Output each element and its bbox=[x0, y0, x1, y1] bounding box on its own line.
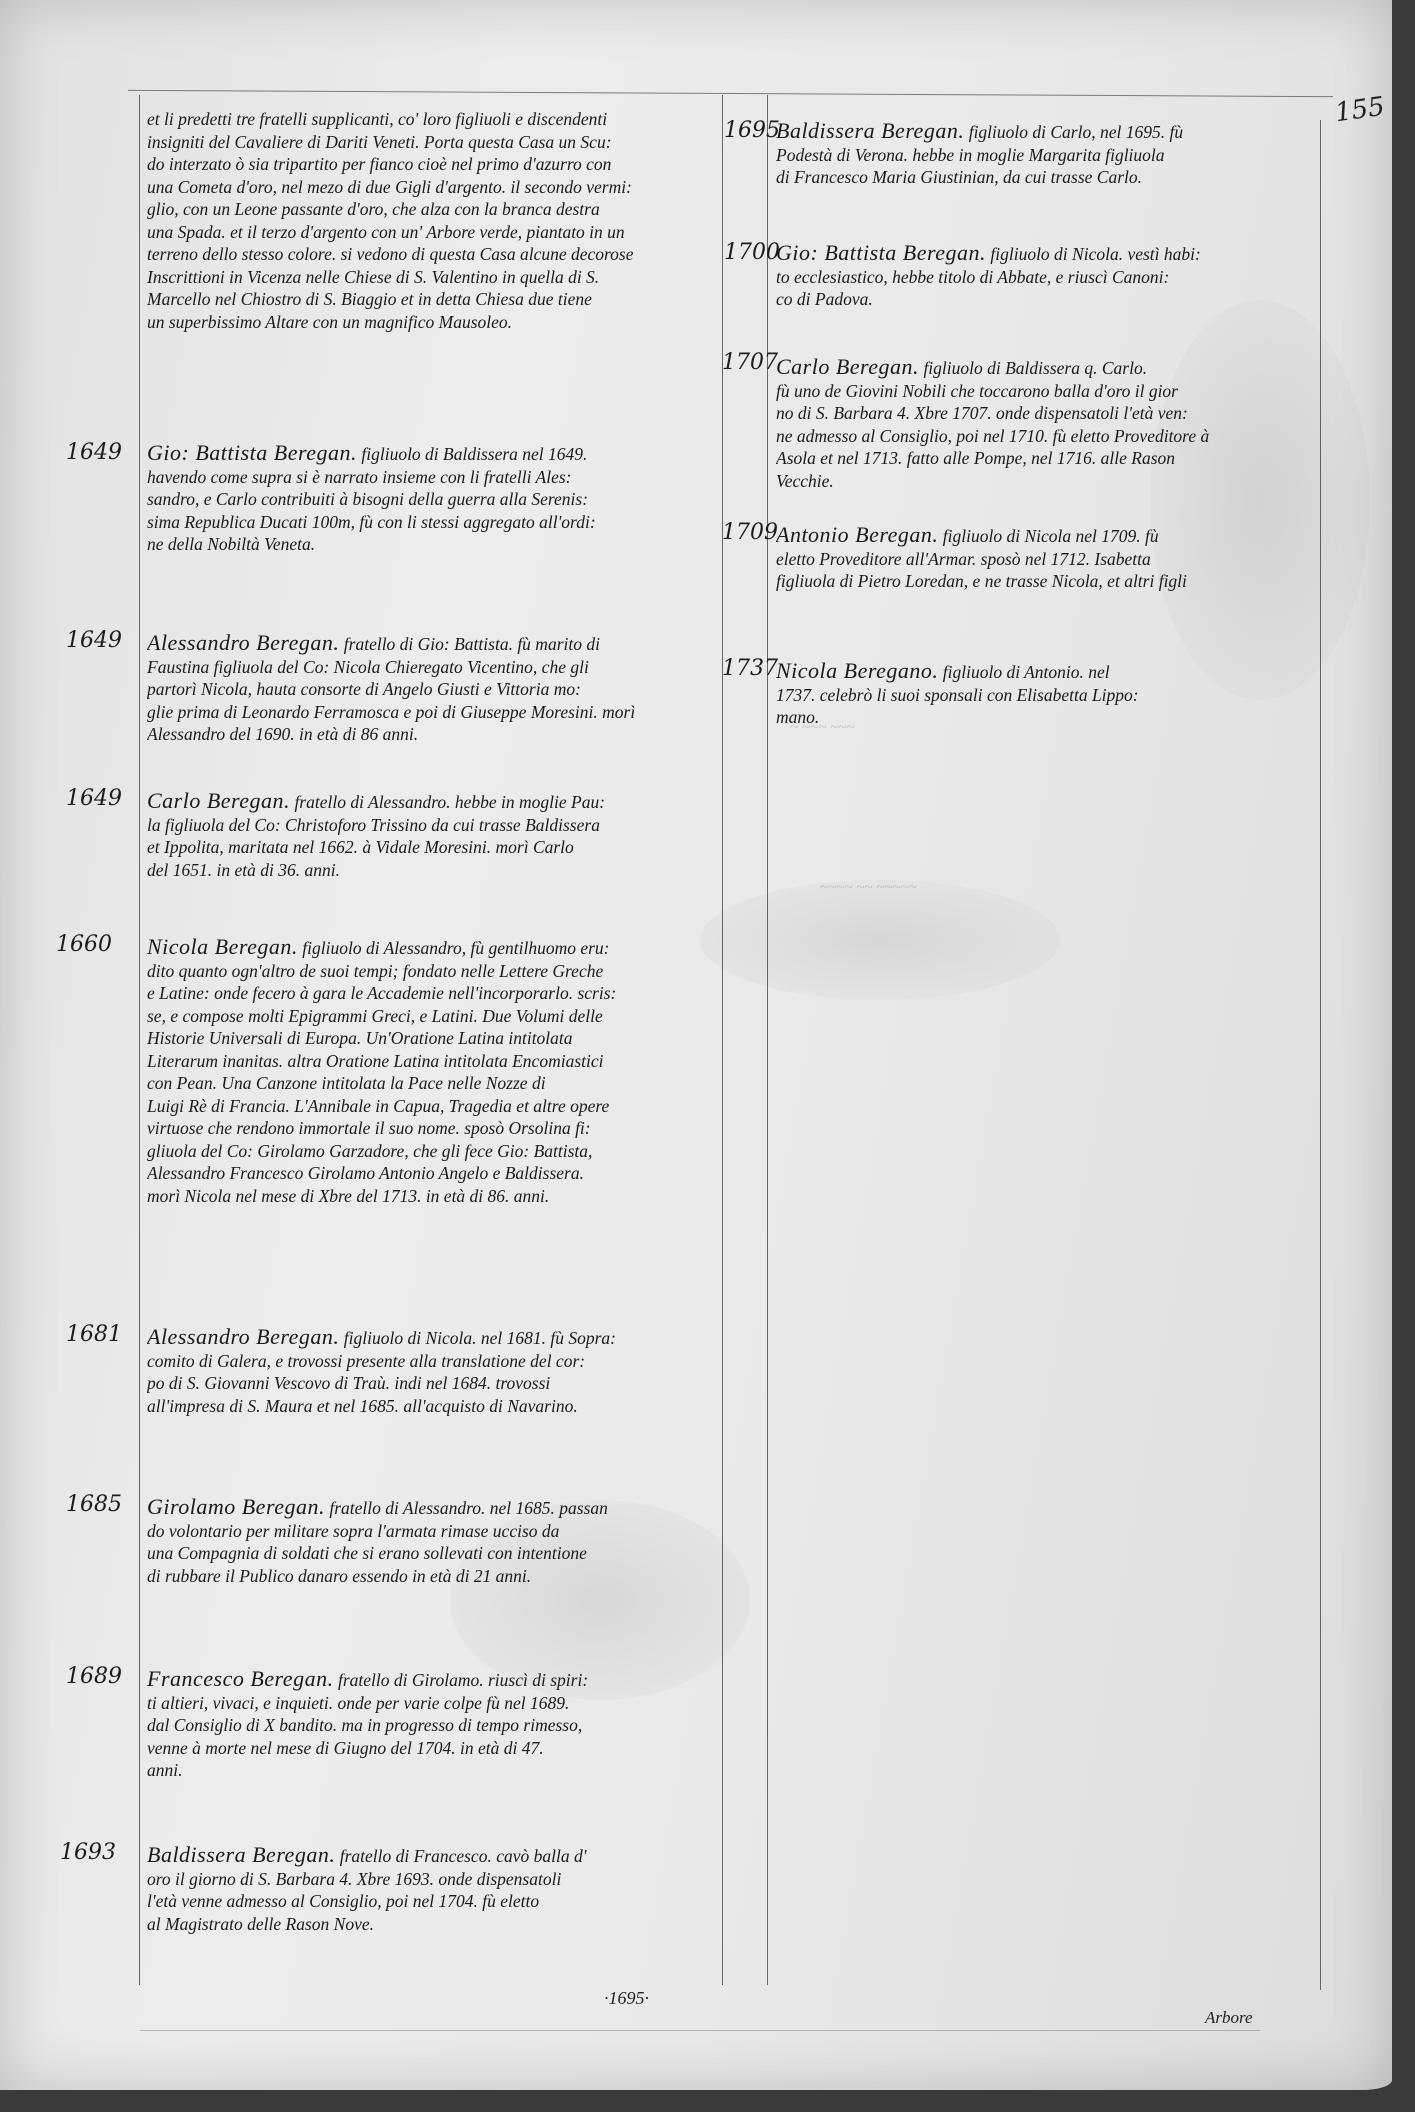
text-line: Luigi Rè di Francia. L'Annibale in Capua… bbox=[147, 1095, 722, 1118]
person-name: Francesco Beregan. bbox=[147, 1668, 334, 1691]
text-line: Asola et nel 1713. fatto alle Pompe, nel… bbox=[776, 447, 1321, 470]
entry-text: Baldissera Beregan. fratello di Francesc… bbox=[147, 1844, 722, 1935]
text-line: ne admesso al Consiglio, poi nel 1710. f… bbox=[776, 425, 1321, 448]
person-name: Carlo Beregan. bbox=[147, 790, 290, 813]
text-line: Marcello nel Chiostro di S. Biaggio et i… bbox=[147, 288, 722, 311]
text-line: Alessandro Francesco Girolamo Antonio An… bbox=[147, 1162, 722, 1185]
entry-year: 1681 bbox=[66, 1322, 122, 1347]
text-line: glie prima di Leonardo Ferramosca e poi … bbox=[147, 701, 722, 724]
text-line: una Compagnia di soldati che si erano so… bbox=[147, 1542, 722, 1565]
text-line: all'impresa di S. Maura et nel 1685. all… bbox=[147, 1395, 722, 1418]
text-line: figliuolo di Nicola. vestì habi: bbox=[990, 244, 1200, 264]
text-line: Literarum inanitas. altra Oratione Latin… bbox=[147, 1050, 722, 1073]
person-name: Girolamo Beregan. bbox=[147, 1496, 325, 1519]
text-line: no di S. Barbara 4. Xbre 1707. onde disp… bbox=[776, 402, 1321, 425]
text-line: sima Republica Ducati 100m, fù con li st… bbox=[147, 511, 722, 534]
text-line: figliuola di Pietro Loredan, e ne trasse… bbox=[776, 570, 1321, 593]
bleed-through-text: ~~~~ ~~ ~~~~~ bbox=[820, 880, 917, 897]
entry-text: Alessandro Beregan. fratello di Gio: Bat… bbox=[147, 632, 722, 746]
text-line: figliuolo di Baldissera nel 1649. bbox=[361, 444, 587, 464]
text-line: fratello di Gio: Battista. fù marito di bbox=[344, 634, 600, 654]
text-line: se, e compose molti Epigrammi Greci, e L… bbox=[147, 1005, 722, 1028]
ink-bleed-stain bbox=[700, 880, 1060, 1000]
entry-year: 1707 bbox=[722, 350, 778, 375]
text-line: et Ippolita, maritata nel 1662. à Vidale… bbox=[147, 836, 722, 859]
text-line: venne à morte nel mese di Giugno del 170… bbox=[147, 1737, 722, 1760]
text-line: oro il giorno di S. Barbara 4. Xbre 1693… bbox=[147, 1868, 722, 1891]
bottom-rule bbox=[140, 2030, 1260, 2031]
entry-year: 1649 bbox=[66, 628, 122, 653]
text-line: do volontario per militare sopra l'armat… bbox=[147, 1520, 722, 1543]
entry-year: 1700 bbox=[724, 240, 780, 265]
text-line: fù uno de Giovini Nobili che toccarono b… bbox=[776, 380, 1321, 403]
person-name: Nicola Beregano. bbox=[776, 660, 938, 683]
text-line: Inscrittioni in Vicenza nelle Chiese di … bbox=[147, 266, 722, 289]
text-line: figliuolo di Carlo, nel 1695. fù bbox=[969, 122, 1183, 142]
text-line: ne della Nobiltà Veneta. bbox=[147, 533, 722, 556]
entry-text: Gio: Battista Beregan. figliuolo di Bald… bbox=[147, 442, 722, 556]
text-line: figliuolo di Nicola nel 1709. fù bbox=[943, 526, 1159, 546]
text-line: figliuolo di Alessandro, fù gentilhuomo … bbox=[302, 938, 609, 958]
entry-year: 1649 bbox=[66, 440, 122, 465]
entry-text: Carlo Beregan. fratello di Alessandro. h… bbox=[147, 790, 722, 881]
folio-number: 155 bbox=[1333, 92, 1386, 129]
text-line: fratello di Francesco. cavò balla d' bbox=[340, 1846, 587, 1866]
text-line: comito di Galera, e trovossi presente al… bbox=[147, 1350, 722, 1373]
text-line: una Cometa d'oro, nel mezo di due Gigli … bbox=[147, 176, 722, 199]
entry-year: 1660 bbox=[56, 932, 112, 957]
text-line: con Pean. Una Canzone intitolata la Pace… bbox=[147, 1072, 722, 1095]
entry-year: 1695 bbox=[724, 118, 780, 143]
text-line: do interzato ò sia tripartito per fianco… bbox=[147, 153, 722, 176]
entry-year: 1737 bbox=[722, 656, 778, 681]
text-line: dal Consiglio di X bandito. ma in progre… bbox=[147, 1714, 722, 1737]
continuation-paragraph: et li predetti tre fratelli supplicanti,… bbox=[147, 108, 722, 333]
text-line: l'età venne admesso al Consiglio, poi ne… bbox=[147, 1890, 722, 1913]
person-name: Baldissera Beregan. bbox=[776, 120, 964, 143]
text-line: to ecclesiastico, hebbe titolo di Abbate… bbox=[776, 266, 1321, 289]
person-name: Gio: Battista Beregan. bbox=[147, 442, 357, 465]
entry-text: Nicola Beregano. figliuolo di Antonio. n… bbox=[776, 660, 1321, 729]
manuscript-page: 155 ~ ~~~ ~~~ ~~~~ ~~ ~~~~~ et li predet… bbox=[0, 0, 1392, 2090]
text-line: et li predetti tre fratelli supplicanti,… bbox=[147, 108, 722, 131]
text-line: virtuose che rendono immortale il suo no… bbox=[147, 1117, 722, 1140]
person-name: Alessandro Beregan. bbox=[147, 1326, 339, 1349]
text-line: dito quanto ogn'altro de suoi tempi; fon… bbox=[147, 960, 722, 983]
text-line: terreno dello stesso colore. si vedono d… bbox=[147, 243, 722, 266]
person-name: Baldissera Beregan. bbox=[147, 1844, 335, 1867]
text-line: mano. bbox=[776, 706, 1321, 729]
text-line: Podestà di Verona. hebbe in moglie Marga… bbox=[776, 144, 1321, 167]
text-line: fratello di Girolamo. riuscì di spiri: bbox=[338, 1670, 588, 1690]
text-line: po di S. Giovanni Vescovo di Traù. indi … bbox=[147, 1372, 722, 1395]
person-name: Carlo Beregan. bbox=[776, 356, 919, 379]
person-name: Antonio Beregan. bbox=[776, 524, 938, 547]
text-line: Alessandro del 1690. in età di 86 anni. bbox=[147, 723, 722, 746]
entry-text: Alessandro Beregan. figliuolo di Nicola.… bbox=[147, 1326, 722, 1417]
footer-year: ·1695· bbox=[604, 1988, 649, 2009]
entry-text: Gio: Battista Beregan. figliuolo di Nico… bbox=[776, 242, 1321, 311]
entry-year: 1685 bbox=[66, 1492, 122, 1517]
text-line: un superbissimo Altare con un magnifico … bbox=[147, 311, 722, 334]
text-line: sandro, e Carlo contribuiti à bisogni de… bbox=[147, 488, 722, 511]
text-line: di rubbare il Publico danaro essendo in … bbox=[147, 1565, 722, 1588]
text-line: havendo come supra si è narrato insieme … bbox=[147, 466, 722, 489]
text-line: partorì Nicola, hauta consorte di Angelo… bbox=[147, 678, 722, 701]
text-line: morì Nicola nel mese di Xbre del 1713. i… bbox=[147, 1185, 722, 1208]
column-divider-rule bbox=[722, 95, 723, 1985]
text-line: Faustina figliuola del Co: Nicola Chiere… bbox=[147, 656, 722, 679]
text-line: di Francesco Maria Giustinian, da cui tr… bbox=[776, 166, 1321, 189]
text-line: la figliuola del Co: Christoforo Trissin… bbox=[147, 814, 722, 837]
text-line: gliuola del Co: Girolamo Garzadore, che … bbox=[147, 1140, 722, 1163]
entry-year: 1649 bbox=[66, 786, 122, 811]
text-line: fratello di Alessandro. hebbe in moglie … bbox=[294, 792, 605, 812]
text-line: del 1651. in età di 36. anni. bbox=[147, 859, 722, 882]
text-line: figliuolo di Nicola. nel 1681. fù Sopra: bbox=[344, 1328, 616, 1348]
text-line: eletto Proveditore all'Armar. sposò nel … bbox=[776, 548, 1321, 571]
entry-year: 1689 bbox=[66, 1664, 122, 1689]
text-line: 1737. celebrò li suoi sponsali con Elisa… bbox=[776, 684, 1321, 707]
text-line: figliuolo di Baldissera q. Carlo. bbox=[923, 358, 1147, 378]
entry-text: Francesco Beregan. fratello di Girolamo.… bbox=[147, 1668, 722, 1782]
entry-text: Nicola Beregan. figliuolo di Alessandro,… bbox=[147, 936, 722, 1207]
catchword: Arbore bbox=[1205, 2008, 1253, 2028]
left-margin-rule bbox=[139, 95, 140, 1985]
entry-text: Girolamo Beregan. fratello di Alessandro… bbox=[147, 1496, 722, 1587]
text-line: glio, con un Leone passante d'oro, che a… bbox=[147, 198, 722, 221]
text-line: fratello di Alessandro. nel 1685. passan bbox=[329, 1498, 608, 1518]
text-line: Vecchie. bbox=[776, 470, 1321, 493]
person-name: Nicola Beregan. bbox=[147, 936, 298, 959]
text-line: figliuolo di Antonio. nel bbox=[943, 662, 1110, 682]
text-line: ti altieri, vivaci, e inquieti. onde per… bbox=[147, 1692, 722, 1715]
entry-year: 1709 bbox=[722, 520, 778, 545]
entry-year: 1693 bbox=[60, 1840, 116, 1865]
text-line: una Spada. et il terzo d'argento con un'… bbox=[147, 221, 722, 244]
right-year-margin-rule bbox=[767, 95, 768, 1985]
top-rule bbox=[128, 90, 1333, 97]
entry-text: Antonio Beregan. figliuolo di Nicola nel… bbox=[776, 524, 1321, 593]
text-line: anni. bbox=[147, 1759, 722, 1782]
person-name: Alessandro Beregan. bbox=[147, 632, 339, 655]
entry-text: Carlo Beregan. figliuolo di Baldissera q… bbox=[776, 356, 1321, 492]
text-line: Historie Universali di Europa. Un'Oratio… bbox=[147, 1027, 722, 1050]
text-line: insigniti del Cavaliere di Dariti Veneti… bbox=[147, 131, 722, 154]
person-name: Gio: Battista Beregan. bbox=[776, 242, 986, 265]
text-line: e Latine: onde fecero à gara le Accademi… bbox=[147, 982, 722, 1005]
entry-text: Baldissera Beregan. figliuolo di Carlo, … bbox=[776, 120, 1321, 189]
text-line: co di Padova. bbox=[776, 288, 1321, 311]
text-line: al Magistrato delle Rason Nove. bbox=[147, 1913, 722, 1936]
